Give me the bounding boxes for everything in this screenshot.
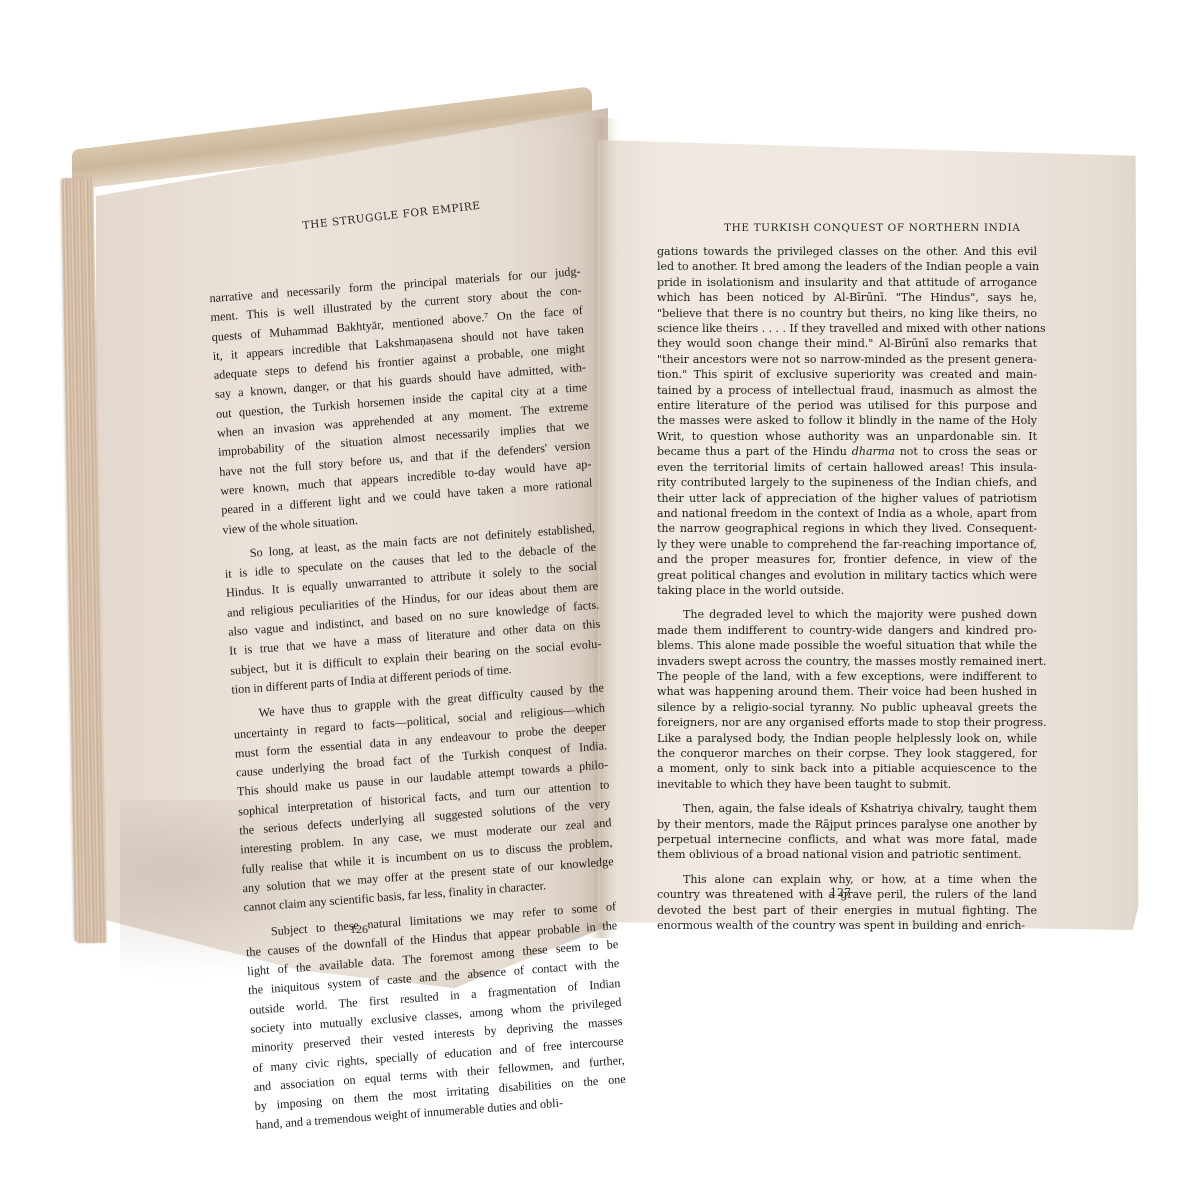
- book-photo: THE STRUGGLE FOR EMPIRE THE TURKISH CONQ…: [0, 0, 1200, 1200]
- text-line: by their mentors, made the Rājput prince…: [657, 817, 1037, 832]
- paragraph: So long, at least, as the main facts are…: [223, 518, 603, 699]
- text-line: what was happening around them. Their vo…: [657, 684, 1037, 699]
- paragraph: This alone can explain why, or how, at a…: [657, 872, 1037, 934]
- paragraph: narrative and necessarily form the princ…: [209, 262, 594, 540]
- text-line: "believe that there is no country but th…: [657, 306, 1037, 321]
- text-line: them oblivious of a broad national visio…: [657, 847, 1037, 862]
- text-line: their utter lack of appreciation of the …: [657, 491, 1037, 506]
- text-line: inevitable to which they have been taugh…: [657, 777, 1037, 792]
- text-line: invaders swept across the country, the m…: [657, 654, 1037, 669]
- text-line: science like theirs . . . . If they trav…: [657, 321, 1037, 336]
- text-line: This alone can explain why, or how, at a…: [657, 872, 1037, 887]
- right-page-body: gations towards the privileged classes o…: [657, 244, 1037, 942]
- text-line: which has been noticed by Al-Bīrūnī. "Th…: [657, 290, 1037, 305]
- left-page-number: 126: [350, 922, 368, 937]
- text-line: entire literature of the period was util…: [657, 398, 1037, 413]
- text-line: great political changes and evolution in…: [657, 568, 1037, 583]
- text-line: "their ancestors were not so narrow-mind…: [657, 352, 1037, 367]
- text-line: led to another. It bred among the leader…: [657, 259, 1037, 274]
- text-line: Like a paralysed body, the Indian people…: [657, 731, 1037, 746]
- text-line: Then, again, the false ideals of Kshatri…: [657, 801, 1037, 816]
- text-line: rity contributed largely to the supinene…: [657, 475, 1037, 490]
- text-line: tion." This spirit of exclusive superior…: [657, 367, 1037, 382]
- text-line: and national freedom in the context of I…: [657, 506, 1037, 521]
- text-line: the conqueror marches on their corpse. T…: [657, 746, 1037, 761]
- text-line: The people of the land, with a few excep…: [657, 669, 1037, 684]
- text-line: the narrow geographical regions in which…: [657, 521, 1037, 536]
- text-line: gations towards the privileged classes o…: [657, 244, 1037, 259]
- paragraph: The degraded level to which the majority…: [657, 607, 1037, 792]
- left-page-body: narrative and necessarily form the princ…: [209, 262, 628, 1142]
- paragraph: We have thus to grapple with the great d…: [232, 679, 615, 918]
- text-line: enormous wealth of the country was spent…: [657, 918, 1037, 933]
- text-line: became thus a part of the Hindu dharma n…: [657, 444, 1037, 459]
- text-line: blems. This alone made possible the woef…: [657, 638, 1037, 653]
- text-line: Writ, to question whose authority was an…: [657, 429, 1037, 444]
- text-line: taking place in the world outside.: [657, 583, 1037, 598]
- right-running-head: THE TURKISH CONQUEST OF NORTHERN INDIA: [724, 222, 1020, 234]
- paragraph: gations towards the privileged classes o…: [657, 244, 1037, 598]
- text-line: they would soon change their mind." Al-B…: [657, 336, 1037, 351]
- text-line: the masses were asked to follow it blind…: [657, 413, 1037, 428]
- text-line: devoted the best part of their energies …: [657, 903, 1037, 918]
- text-line: ly they were unable to comprehend the fa…: [657, 537, 1037, 552]
- text-line: The degraded level to which the majority…: [657, 607, 1037, 622]
- text-line: pride in isolationism and insularity and…: [657, 275, 1037, 290]
- text-line: a moment, only to sink back into a pitia…: [657, 761, 1037, 776]
- text-line: even the territorial limits of certain h…: [657, 460, 1037, 475]
- paragraph: Subject to these natural limitations we …: [244, 897, 627, 1136]
- right-page-number: 127: [830, 886, 851, 899]
- text-line: foreigners, nor are any organised effort…: [657, 715, 1037, 730]
- text-line: silence by a religio-social tyranny. No …: [657, 700, 1037, 715]
- paragraph: Then, again, the false ideals of Kshatri…: [657, 801, 1037, 863]
- text-line: perpetual internecine conflicts, and wha…: [657, 832, 1037, 847]
- text-line: tained by a process of intellectual frau…: [657, 383, 1037, 398]
- text-line: and the proper measures for, frontier de…: [657, 552, 1037, 567]
- text-line: made them indifferent to country-wide da…: [657, 623, 1037, 638]
